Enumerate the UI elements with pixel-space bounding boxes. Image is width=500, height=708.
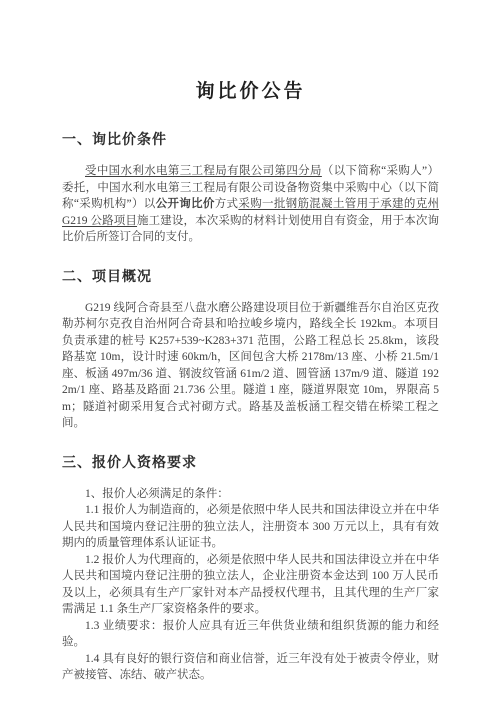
section-heading-3: 三、报价人资格要求 (62, 453, 439, 472)
section-heading-1: 一、询比价条件 (62, 130, 439, 149)
document-page: 询比价公告 一、询比价条件 受中国水利水电第三工程局有限公司第四分局（以下简称“… (0, 0, 500, 708)
section-bidder-qualifications: 三、报价人资格要求 1、报价人必须满足的条件： 1.1 报价人为制造商的，必须是… (62, 453, 439, 684)
text-run: 1.4 具有良好的银行资信和商业信誉，近三年没有处于被责令停业，财产被接管、冻结… (62, 653, 439, 682)
text-run: 1.2 报价人为代理商的，必须是依照中华人民共和国法律设立并在中华人民共和国境内… (62, 554, 439, 616)
paragraph: G219 线阿合奇县至八盘水磨公路建设项目位于新疆维吾尔自治区克孜勒苏柯尔克孜自… (62, 300, 439, 432)
paragraph: 受中国水利水电第三工程局有限公司第四分局（以下简称“采购人”）委托，中国水利水电… (62, 163, 439, 246)
section-inquiry-conditions: 一、询比价条件 受中国水利水电第三工程局有限公司第四分局（以下简称“采购人”）委… (62, 130, 439, 246)
text-run: 1.3 业绩要求：报价人应具有近三年供货业绩和组织货源的能力和经验。 (62, 620, 439, 649)
text-run: G219 线阿合奇县至八盘水磨公路建设项目位于新疆维吾尔自治区克孜勒苏柯尔克孜自… (62, 302, 439, 430)
text-run: 受中国水利水电第三工程局有限公司第四分局 (85, 165, 322, 177)
section-project-overview: 二、项目概况 G219 线阿合奇县至八盘水磨公路建设项目位于新疆维吾尔自治区克孜… (62, 267, 439, 432)
text-run: 1.1 报价人为制造商的，必须是依照中华人民共和国法律设立并在中华人民共和国境内… (62, 504, 439, 549)
paragraph: 1.3 业绩要求：报价人应具有近三年供货业绩和组织货源的能力和经验。 (62, 618, 439, 651)
paragraph: 1.1 报价人为制造商的，必须是依照中华人民共和国法律设立并在中华人民共和国境内… (62, 502, 439, 552)
paragraph: 1.4 具有良好的银行资信和商业信誉，近三年没有处于被责令停业，财产被接管、冻结… (62, 651, 439, 684)
section-heading-2: 二、项目概况 (62, 267, 439, 286)
text-run: 1、报价人必须满足的条件： (85, 488, 229, 500)
paragraph: 1、报价人必须满足的条件： (62, 486, 439, 503)
paragraph: 1.2 报价人为代理商的，必须是依照中华人民共和国法律设立并在中华人民共和国境内… (62, 552, 439, 618)
text-run: 方式 (215, 198, 239, 210)
text-run: 公开询比价 (156, 198, 215, 210)
document-title: 询比价公告 (62, 79, 439, 104)
